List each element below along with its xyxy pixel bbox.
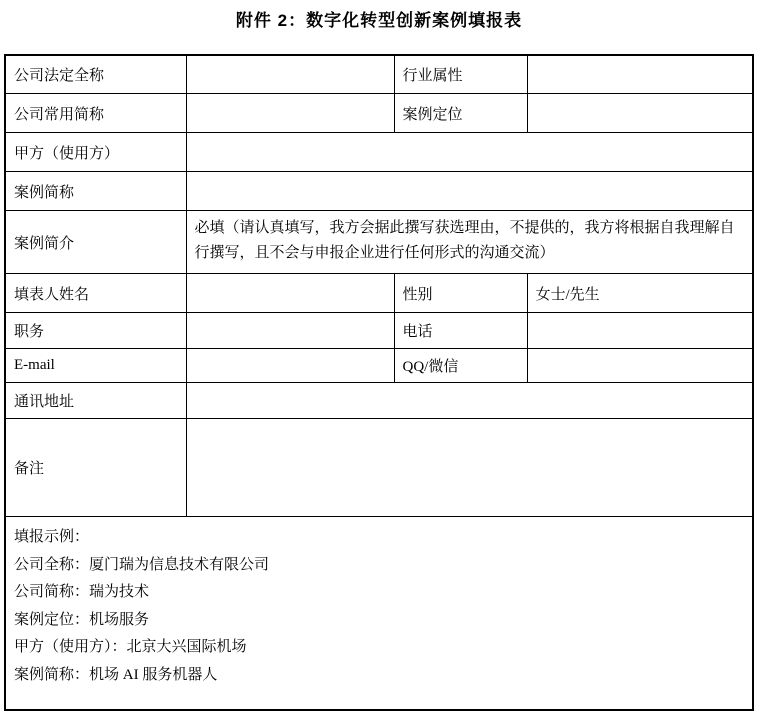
- table-row: 填表人姓名 性别 女士/先生: [5, 274, 753, 313]
- company-full-name-label: 公司法定全称: [5, 55, 186, 94]
- industry-input[interactable]: [527, 55, 753, 94]
- example-line: 公司简称：瑞为技术: [14, 579, 744, 607]
- case-position-label: 案例定位: [394, 94, 527, 133]
- case-short-name-input[interactable]: [186, 172, 753, 211]
- remarks-input[interactable]: [186, 419, 753, 517]
- qq-wechat-label: QQ/微信: [394, 349, 527, 383]
- party-a-input[interactable]: [186, 133, 753, 172]
- phone-label: 电话: [394, 313, 527, 349]
- gender-label: 性别: [394, 274, 527, 313]
- address-input[interactable]: [186, 383, 753, 419]
- example-line: 公司全称：厦门瑞为信息技术有限公司: [14, 552, 744, 580]
- company-short-name-label: 公司常用简称: [5, 94, 186, 133]
- form-table: 公司法定全称 行业属性 公司常用简称 案例定位 甲方（使用方） 案例简称 案例简…: [4, 54, 754, 711]
- case-position-input[interactable]: [527, 94, 753, 133]
- page-title: 附件 2：数字化转型创新案例填报表: [0, 6, 758, 31]
- example-block: 填报示例： 公司全称：厦门瑞为信息技术有限公司 公司简称：瑞为技术 案例定位：机…: [5, 517, 753, 711]
- table-row: 公司常用简称 案例定位: [5, 94, 753, 133]
- gender-input[interactable]: 女士/先生: [527, 274, 753, 313]
- table-row: 备注: [5, 419, 753, 517]
- remarks-label: 备注: [5, 419, 186, 517]
- company-full-name-input[interactable]: [186, 55, 394, 94]
- email-label: E-mail: [5, 349, 186, 383]
- case-intro-label: 案例简介: [5, 211, 186, 274]
- phone-input[interactable]: [527, 313, 753, 349]
- email-input[interactable]: [186, 349, 394, 383]
- example-line: 甲方（使用方）：北京大兴国际机场: [14, 634, 744, 662]
- industry-label: 行业属性: [394, 55, 527, 94]
- table-row: E-mail QQ/微信: [5, 349, 753, 383]
- form-page: 附件 2：数字化转型创新案例填报表 公司法定全称 行业属性 公司常用简称 案例定…: [0, 0, 758, 678]
- example-line: 案例简称：机场 AI 服务机器人: [14, 662, 744, 690]
- table-row: 公司法定全称 行业属性: [5, 55, 753, 94]
- party-a-label: 甲方（使用方）: [5, 133, 186, 172]
- filler-name-label: 填表人姓名: [5, 274, 186, 313]
- qq-wechat-input[interactable]: [527, 349, 753, 383]
- case-short-name-label: 案例简称: [5, 172, 186, 211]
- example-line: 案例定位：机场服务: [14, 607, 744, 635]
- table-row: 职务 电话: [5, 313, 753, 349]
- table-row: 案例简称: [5, 172, 753, 211]
- filler-name-input[interactable]: [186, 274, 394, 313]
- address-label: 通讯地址: [5, 383, 186, 419]
- table-row: 填报示例： 公司全称：厦门瑞为信息技术有限公司 公司简称：瑞为技术 案例定位：机…: [5, 517, 753, 711]
- company-short-name-input[interactable]: [186, 94, 394, 133]
- example-line: 填报示例：: [14, 524, 744, 552]
- table-row: 甲方（使用方）: [5, 133, 753, 172]
- table-row: 通讯地址: [5, 383, 753, 419]
- table-row: 案例简介 必填（请认真填写，我方会据此撰写获选理由，不提供的，我方将根据自我理解…: [5, 211, 753, 274]
- case-intro-input[interactable]: 必填（请认真填写，我方会据此撰写获选理由，不提供的，我方将根据自我理解自行撰写，…: [186, 211, 753, 274]
- position-label: 职务: [5, 313, 186, 349]
- position-input[interactable]: [186, 313, 394, 349]
